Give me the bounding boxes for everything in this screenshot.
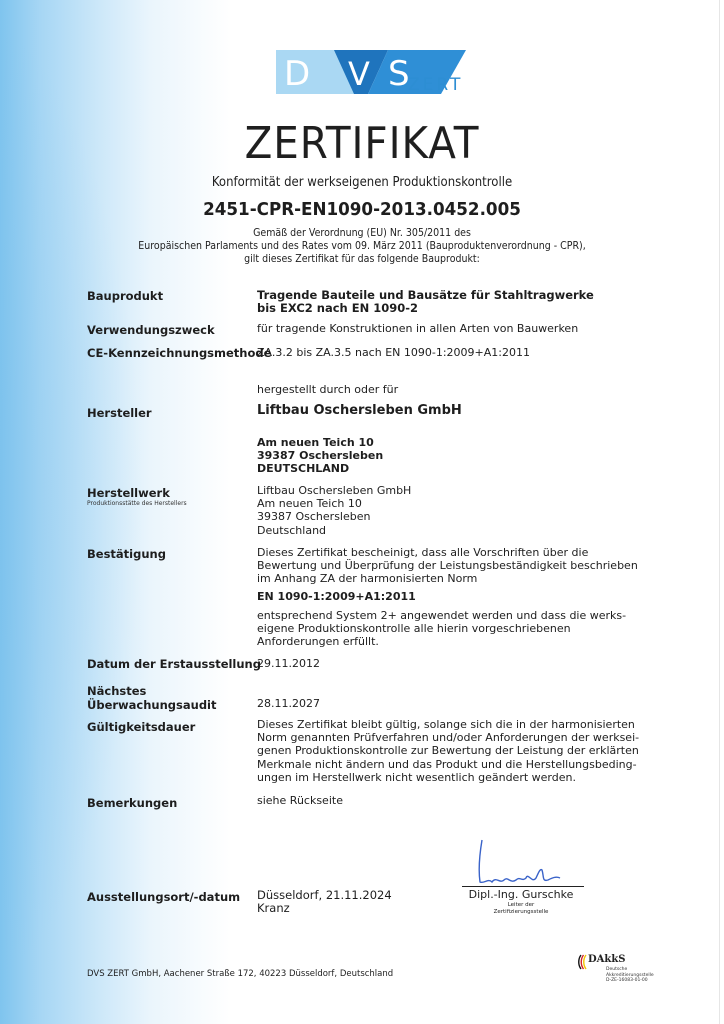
dakks-accreditation-logo: DAkkS Deutsche Akkreditierungsstelle D-Z… (578, 952, 668, 984)
bauprodukt-line: bis EXC2 nach EN 1090-2 (257, 302, 594, 315)
value-erstausstellung: 29.11.2012 (257, 657, 320, 670)
bestaetigung-line: entsprechend System 2+ angewendet werden… (257, 609, 626, 622)
hergestellt-durch: hergestellt durch oder für (257, 383, 398, 396)
logo-letter-s: S (388, 54, 410, 94)
intro-line: gilt dieses Zertifikat für das folgende … (36, 253, 688, 266)
gueltigkeit-line: Norm genannten Prüfverfahren und/oder An… (257, 731, 639, 744)
certificate-subtitle: Konformität der werkseigenen Produktions… (36, 175, 688, 190)
label-verwendungszweck: Verwendungszweck (87, 323, 215, 337)
herstellwerk-line: Liftbau Oschersleben GmbH (257, 484, 411, 497)
herstellwerk-line: 39387 Oschersleben (257, 510, 411, 523)
bestaetigung-line: eigene Produktionskontrolle alle hierin … (257, 622, 626, 635)
signatory-role-line: Leiter der (458, 902, 584, 909)
label-herstellwerk: Herstellwerk Produktionsstätte des Herst… (87, 486, 187, 508)
dakks-details: Deutsche Akkreditierungsstelle D-ZE-1608… (606, 967, 654, 984)
value-bauprodukt: Tragende Bauteile und Bausätze für Stahl… (257, 289, 594, 315)
bestaetigung-line: Anforderungen erfüllt. (257, 635, 626, 648)
label-ausstellung: Ausstellungsort/-datum (87, 890, 240, 904)
value-ce-methode: ZA.3.2 bis ZA.3.5 nach EN 1090-1:2009+A1… (257, 346, 530, 359)
herstellwerk-line: Am neuen Teich 10 (257, 497, 411, 510)
signatory-role: Leiter der Zertifizierungsstelle (458, 902, 584, 916)
logo-zert-text: ZERT (408, 75, 463, 95)
label-bauprodukt: Bauprodukt (87, 289, 163, 303)
ueberwachungsaudit-label-line: Überwachungsaudit (87, 698, 217, 712)
bestaetigung-line: im Anhang ZA der harmonisierten Norm (257, 572, 638, 585)
logo-letter-d: D (284, 54, 310, 94)
german-flag-arcs-icon (578, 954, 588, 970)
value-ueberwachungsaudit: 28.11.2027 (257, 697, 320, 710)
value-bestaetigung-text2: entsprechend System 2+ angewendet werden… (257, 609, 626, 649)
signature-scribble (470, 838, 580, 890)
value-gueltigkeitsdauer: Dieses Zertifikat bleibt gültig, solange… (257, 718, 639, 784)
intro-text: Gemäß der Verordnung (EU) Nr. 305/2011 d… (36, 227, 688, 266)
footer-address: DVS ZERT GmbH, Aachener Straße 172, 4022… (87, 969, 393, 979)
scan-edge (719, 0, 720, 1024)
value-verwendungszweck: für tragende Konstruktionen in allen Art… (257, 322, 578, 335)
ueberwachungsaudit-label-line: Nächstes (87, 684, 217, 698)
bestaetigung-line: Bewertung und Überprüfung der Leistungsb… (257, 559, 638, 572)
intro-line: Europäischen Parlaments und des Rates vo… (36, 240, 688, 253)
address-line: 39387 Oschersleben (257, 449, 383, 462)
certificate-number: 2451-CPR-EN1090-2013.0452.005 (25, 199, 698, 220)
dakks-line: D-ZE-16083-01-00 (606, 978, 654, 984)
address-line: DEUTSCHLAND (257, 462, 383, 475)
ausstellung-clerk: Kranz (257, 902, 392, 915)
value-bemerkungen: siehe Rückseite (257, 794, 343, 807)
value-bestaetigung-norm: EN 1090-1:2009+A1:2011 (257, 590, 416, 603)
label-ce-methode: CE-Kennzeichnungsmethode (87, 346, 271, 360)
logo-letter-v: V (348, 55, 370, 93)
gueltigkeit-line: ungen im Herstellwerk nicht wesentlich g… (257, 771, 639, 784)
label-bemerkungen: Bemerkungen (87, 796, 177, 810)
value-herstellwerk: Liftbau Oschersleben GmbH Am neuen Teich… (257, 484, 411, 537)
label-bestaetigung: Bestätigung (87, 547, 166, 561)
certificate-title: ZERTIFIKAT (29, 118, 695, 169)
label-hersteller: Hersteller (87, 406, 152, 420)
value-hersteller-name: Liftbau Oschersleben GmbH (257, 404, 462, 417)
herstellwerk-label: Herstellwerk (87, 486, 170, 500)
label-gueltigkeitsdauer: Gültigkeitsdauer (87, 720, 195, 734)
signature-line (462, 886, 584, 887)
value-hersteller-address: Am neuen Teich 10 39387 Oschersleben DEU… (257, 436, 383, 476)
herstellwerk-line: Deutschland (257, 524, 411, 537)
gueltigkeit-line: Dieses Zertifikat bleibt gültig, solange… (257, 718, 639, 731)
herstellwerk-sublabel: Produktionsstätte des Herstellers (87, 500, 187, 508)
signatory-role-line: Zertifizierungsstelle (458, 909, 584, 916)
bestaetigung-line: Dieses Zertifikat bescheinigt, dass alle… (257, 546, 638, 559)
intro-line: Gemäß der Verordnung (EU) Nr. 305/2011 d… (36, 227, 688, 240)
value-ausstellung: Düsseldorf, 21.11.2024 Kranz (257, 889, 392, 915)
gueltigkeit-line: genen Produktionskontrolle zur Bewertung… (257, 744, 639, 757)
signatory-name: Dipl.-Ing. Gurschke (458, 888, 584, 901)
address-line: Am neuen Teich 10 (257, 436, 383, 449)
dakks-name: DAkkS (588, 954, 626, 965)
label-erstausstellung: Datum der Erstausstellung (87, 657, 261, 671)
gueltigkeit-line: Merkmale nicht ändern und das Produkt un… (257, 758, 639, 771)
value-bestaetigung-text: Dieses Zertifikat bescheinigt, dass alle… (257, 546, 638, 586)
label-ueberwachungsaudit: Nächstes Überwachungsaudit (87, 684, 217, 712)
